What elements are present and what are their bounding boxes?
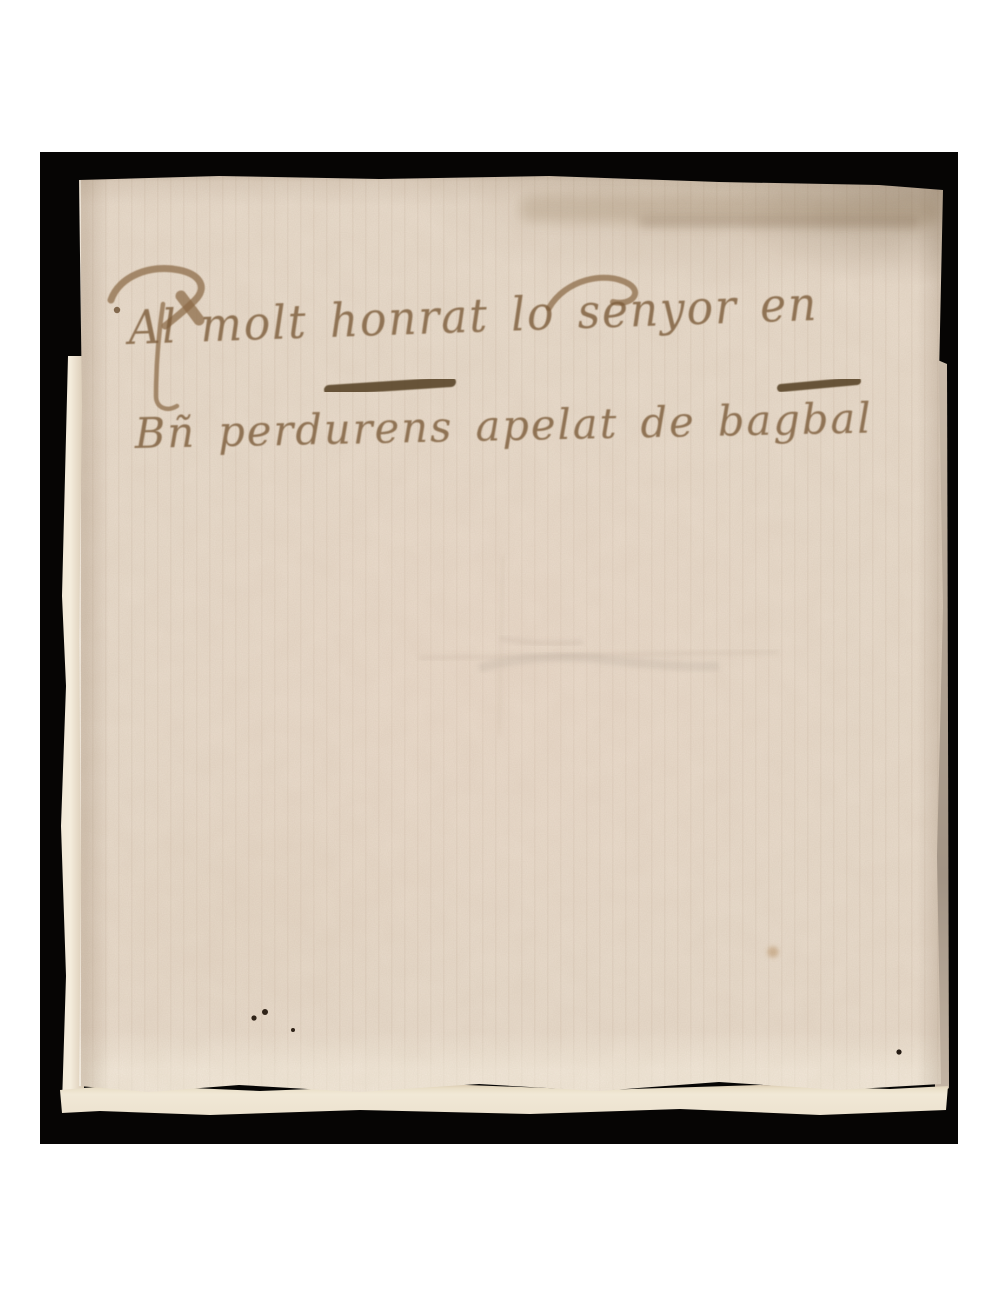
scan-area: Al molt honrat lo senyor en Bñ perdurens… (40, 152, 958, 1144)
horizontal-crease (419, 652, 779, 658)
vertical-crease (499, 556, 503, 736)
ink-specks (251, 1009, 901, 1055)
address-line-1: Al molt honrat lo senyor en (124, 277, 819, 356)
abbrev-macron-2 (781, 381, 857, 388)
abbrev-macron-1 (329, 382, 451, 390)
address-line-2: Bñ perdurens apelat de bagbal (133, 394, 873, 458)
ink-stain (768, 947, 779, 958)
manuscript-sheet: Al molt honrat lo senyor en Bñ perdurens… (79, 176, 943, 1092)
under-sheet-left-edge (54, 356, 84, 1108)
handwriting-layer: Al molt honrat lo senyor en Bñ perdurens… (79, 176, 943, 1092)
ink-dot-initial (114, 307, 120, 313)
